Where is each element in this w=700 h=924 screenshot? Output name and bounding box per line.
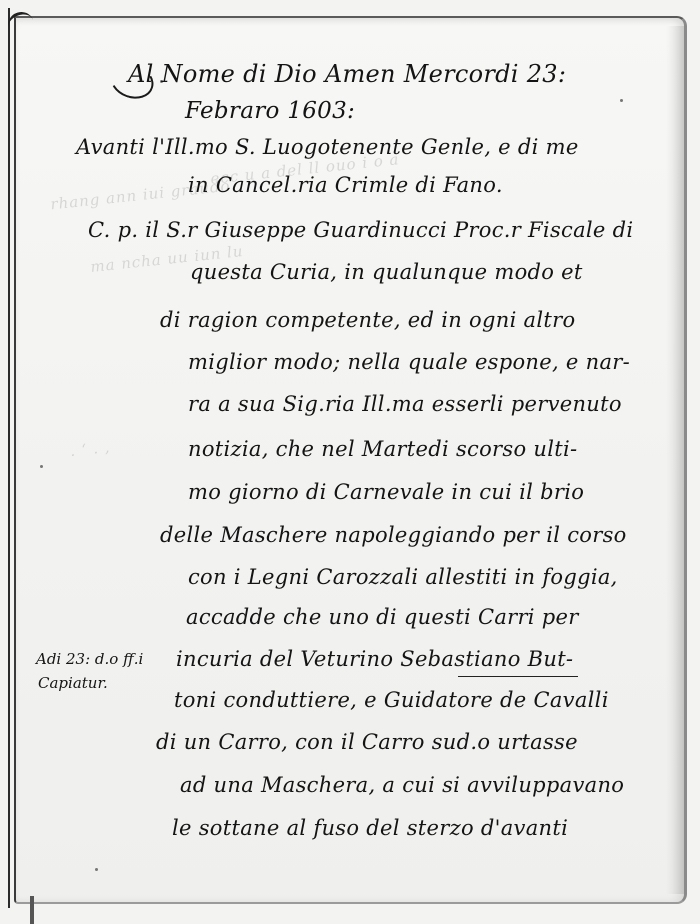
body-line: le sottane al fuso del sterzo d'avanti xyxy=(172,816,568,840)
binding-string xyxy=(8,8,10,908)
binding-tail xyxy=(30,896,34,924)
margin-note-line-1: Adi 23: d.o ff.i xyxy=(36,648,143,670)
body-line: C. p. il S.r Giuseppe Guardinucci Proc.r… xyxy=(88,218,633,242)
page-edge-shadow xyxy=(666,26,684,894)
paper-speck xyxy=(620,99,623,102)
margin-note-line-2: Capiatur. xyxy=(38,672,108,694)
body-line: accadde che uno di questi Carri per xyxy=(186,605,579,629)
paper-speck xyxy=(95,868,98,871)
body-line: miglior modo; nella quale espone, e nar- xyxy=(188,350,630,374)
body-line: di ragion competente, ed in ogni altro xyxy=(160,308,575,332)
paper-speck xyxy=(40,465,43,468)
body-line: con i Legni Carozzali allestiti in foggi… xyxy=(188,565,618,589)
heading-line-1: Al Nome di Dio Amen Mercordi 23: xyxy=(128,60,566,88)
body-line: questa Curia, in qualunque modo et xyxy=(190,260,583,284)
body-line: Avanti l'Ill.mo S. Luogotenente Genle, e… xyxy=(76,135,579,159)
body-line: in Cancel.ria Crimle di Fano. xyxy=(188,173,503,197)
body-line: incuria del Veturino Sebastiano But- xyxy=(176,647,573,671)
body-line: toni conduttiere, e Guidatore de Cavalli xyxy=(174,688,609,712)
body-line: delle Maschere napoleggiando per il cors… xyxy=(160,523,627,547)
body-line: di un Carro, con il Carro sud.o urtasse xyxy=(156,730,578,754)
body-line: mo giorno di Carnevale in cui il brio xyxy=(188,480,584,504)
body-line: ra a sua Sig.ria Ill.ma esserli pervenut… xyxy=(188,392,622,416)
underline-mark xyxy=(458,676,578,677)
body-line: ad una Maschera, a cui si avviluppavano xyxy=(180,773,624,797)
body-line: notizia, che nel Martedi scorso ulti- xyxy=(188,437,577,461)
heading-line-2: Febraro 1603: xyxy=(185,98,355,124)
